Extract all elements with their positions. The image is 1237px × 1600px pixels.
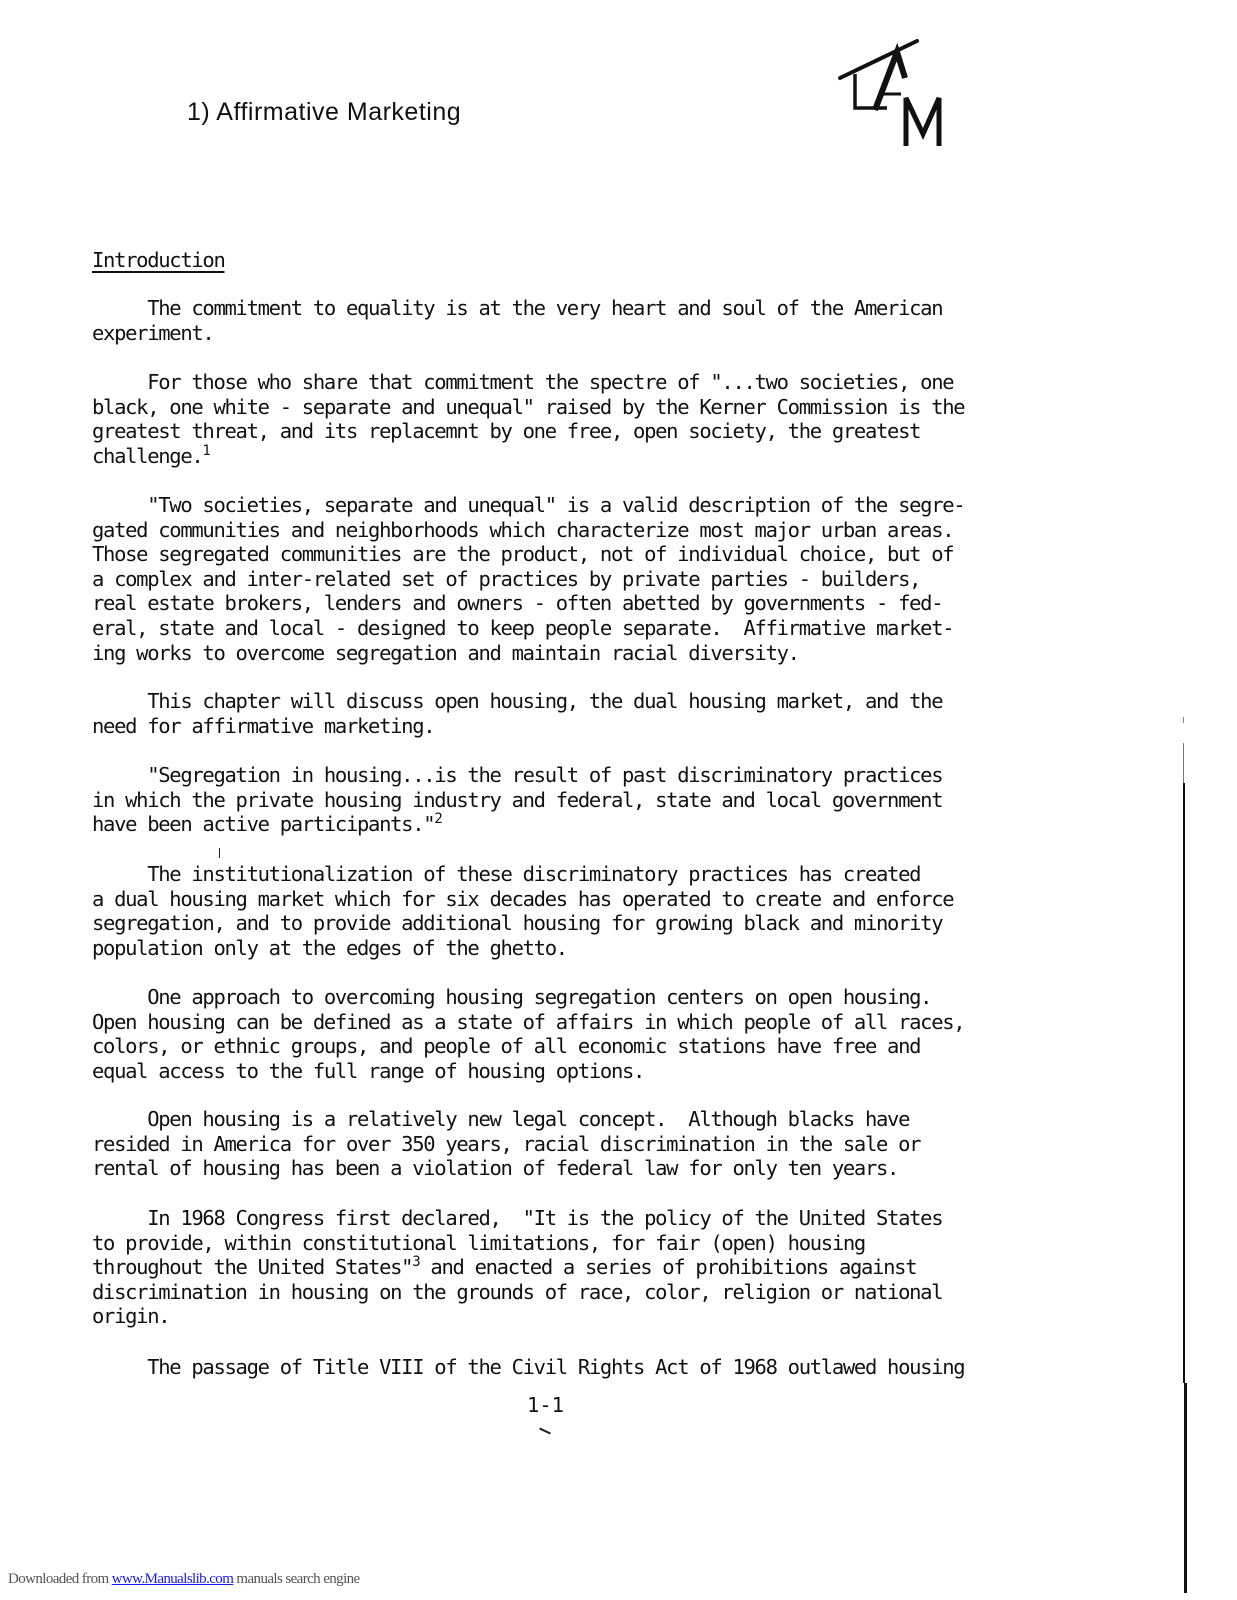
text-line: to provide, within constitutional limita… (92, 1231, 865, 1255)
text-line: "Segregation in housing...is the result … (92, 763, 942, 787)
text-line: greatest threat, and its replacemnt by o… (92, 419, 920, 443)
footer-suffix: manuals search engine (233, 1571, 359, 1587)
scan-mark (219, 848, 220, 858)
text-line: discrimination in housing on the grounds… (92, 1280, 942, 1304)
footer-prefix: Downloaded from (8, 1571, 112, 1587)
text-line: In 1968 Congress first declared, "It is … (92, 1206, 942, 1230)
section-heading: Introduction (92, 248, 225, 272)
text-line: equal access to the full range of housin… (92, 1059, 644, 1083)
paragraph: The commitment to equality is at the ver… (92, 296, 1072, 345)
scan-edge-line (1183, 743, 1184, 783)
tam-house-logo-icon (835, 38, 965, 163)
text-line: The commitment to equality is at the ver… (92, 296, 942, 320)
text-line: origin. (92, 1304, 169, 1328)
paragraph: For those who share that commitment the … (92, 370, 1072, 468)
text-line: a complex and inter-related set of pract… (92, 567, 920, 591)
page-number: 1-1 (527, 1393, 564, 1417)
text-line: experiment. (92, 321, 213, 345)
text-line: Those segregated communities are the pro… (92, 542, 953, 566)
paragraph: "Segregation in housing...is the result … (92, 763, 1072, 837)
text-line: black, one white - separate and unequal"… (92, 395, 964, 419)
scan-mark (539, 1428, 551, 1435)
text-line: rental of housing has been a violation o… (92, 1156, 898, 1180)
paragraph: This chapter will discuss open housing, … (92, 689, 1072, 738)
text-line: For those who share that commitment the … (92, 370, 953, 394)
chapter-title: 1) Affirmative Marketing (187, 98, 461, 127)
paragraph: In 1968 Congress first declared, "It is … (92, 1206, 1072, 1329)
text-line: One approach to overcoming housing segre… (92, 985, 931, 1009)
text-line: eral, state and local - designed to keep… (92, 616, 953, 640)
paragraph: "Two societies, separate and unequal" is… (92, 493, 1072, 665)
text-line: throughout the United States" (92, 1255, 412, 1279)
text-line: segregation, and to provide additional h… (92, 911, 942, 935)
scan-edge-line (1184, 1383, 1187, 1593)
text-line: a dual housing market which for six deca… (92, 887, 953, 911)
text-line: in which the private housing industry an… (92, 788, 942, 812)
text-line: The passage of Title VIII of the Civil R… (92, 1355, 964, 1379)
manualslib-link[interactable]: www.Manualslib.com (112, 1571, 234, 1587)
text-line: gated communities and neighborhoods whic… (92, 518, 953, 542)
paragraph: One approach to overcoming housing segre… (92, 985, 1072, 1083)
text-line: population only at the edges of the ghet… (92, 936, 567, 960)
text-line: colors, or ethnic groups, and people of … (92, 1034, 920, 1058)
text-line: Open housing is a relatively new legal c… (92, 1107, 909, 1131)
download-footer: Downloaded from www.Manualslib.com manua… (8, 1571, 360, 1588)
text-line: "Two societies, separate and unequal" is… (92, 493, 964, 517)
text-line: real estate brokers, lenders and owners … (92, 591, 942, 615)
paragraph: Open housing is a relatively new legal c… (92, 1107, 1072, 1181)
text-line: This chapter will discuss open housing, … (92, 689, 942, 713)
text-line: and enacted a series of prohibitions aga… (419, 1255, 916, 1279)
text-line: ing works to overcome segregation and ma… (92, 641, 799, 665)
text-line: challenge. (92, 444, 202, 468)
scan-edge-line (1183, 717, 1184, 723)
text-line: The institutionalization of these discri… (92, 862, 920, 886)
text-line: Open housing can be defined as a state o… (92, 1010, 964, 1034)
paragraph: The passage of Title VIII of the Civil R… (92, 1355, 1072, 1380)
text-line: resided in America for over 350 years, r… (92, 1132, 920, 1156)
text-line: need for affirmative marketing. (92, 714, 434, 738)
footnote-marker: 2 (434, 811, 441, 827)
paragraph: The institutionalization of these discri… (92, 862, 1072, 960)
text-line: have been active participants." (92, 812, 434, 836)
footnote-marker: 1 (202, 443, 209, 459)
scan-edge-line (1183, 783, 1185, 1383)
